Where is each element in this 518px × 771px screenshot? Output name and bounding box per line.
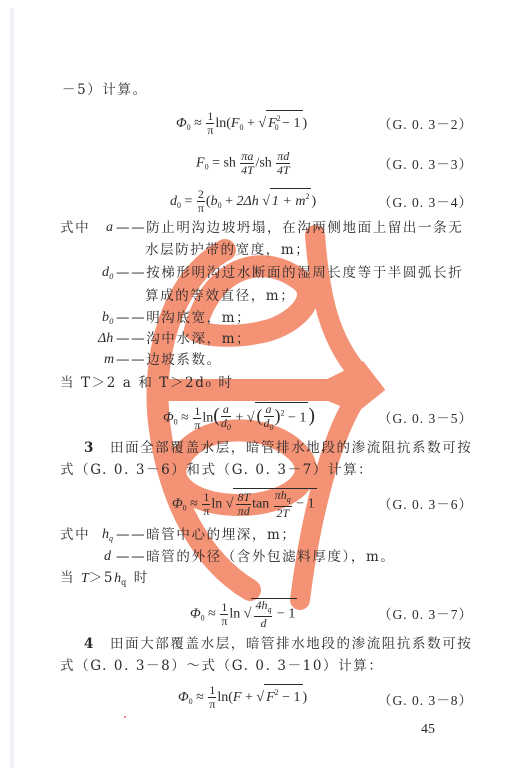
equation-g032: Φ0 ≈ 1πln(F0 + √F20 − 1)	[176, 110, 307, 137]
paragraph-3: 田面全部覆盖水层，暗管排水地段的渗流阻抗系数可按	[110, 440, 472, 456]
definition-m: ——边坡系数。	[116, 352, 222, 368]
where-label-2: 式中	[60, 527, 90, 543]
equation-number: （G. 0. 3－7）	[378, 603, 473, 623]
paragraph-4: 田面大部覆盖水层，暗管排水地段的渗流阻抗系数可按	[110, 636, 472, 652]
equation-g036: Φ0 ≈ 1πln √8Tπdtan πhq2T − 1	[172, 488, 317, 520]
page-number: 45	[421, 722, 435, 738]
equation-number: （G. 0. 3－4）	[378, 191, 473, 211]
definition-delta-h: ——沟中水深，m；	[116, 331, 251, 347]
definition-hq: ——暗管中心的埋深，m；	[116, 527, 297, 543]
equation-number: （G. 0. 3－5）	[378, 407, 473, 427]
document-page: －5）计算。 Φ0 ≈ 1πln(F0 + √F20 − 1) （G. 0. 3…	[0, 0, 518, 771]
definition-a: ——防止明沟边坡坍塌，在沟两侧地面上留出一条无	[116, 220, 463, 236]
equation-g035: Φ0 ≈ 1πln(ad0 + √(ad0)2 − 1)	[163, 402, 315, 434]
symbol-m: m	[104, 352, 114, 368]
where-label: 式中	[60, 220, 90, 236]
symbol-hq: hq	[102, 527, 113, 547]
paragraph-4-cont: 式（G. 0. 3－8）～式（G. 0. 3－10）计算：	[60, 658, 383, 674]
symbol-b0: b₀	[102, 310, 114, 326]
definition-d: ——暗管的外径（含外包滤料厚度），m。	[116, 549, 395, 565]
equation-number: （G. 0. 3－6）	[378, 493, 473, 513]
ink-speck	[124, 716, 126, 718]
definition-d0-cont: 算成的等效直径，m；	[145, 288, 295, 304]
equation-g033: F0 = sh πa4T/sh πd4T	[196, 150, 291, 177]
equation-g034: d0 = 2π(b0 + 2Δh √1 + m2)	[170, 188, 316, 215]
item-number-4: 4	[84, 636, 95, 652]
equation-number: （G. 0. 3－8）	[378, 689, 473, 709]
symbol-a: a	[106, 220, 113, 236]
item-number-3: 3	[84, 440, 95, 456]
page-content: －5）计算。 Φ0 ≈ 1πln(F0 + √F20 − 1) （G. 0. 3…	[0, 0, 518, 771]
symbol-d0: d₀	[102, 265, 114, 281]
symbol-d: d	[104, 549, 111, 565]
definition-d0: ——按梯形明沟过水断面的湿周长度等于半圆弧长折	[116, 265, 463, 281]
equation-number: （G. 0. 3－2）	[378, 113, 473, 133]
condition-1: 当 T＞2 a 和 T＞2d₀ 时	[60, 375, 233, 391]
condition-2: 当 T＞5hq 时	[60, 570, 149, 591]
definition-b0: ——明沟底宽，m；	[116, 310, 251, 326]
equation-g037: Φ0 ≈ 1πln √4hqd − 1	[190, 598, 297, 630]
paragraph-3-cont: 式（G. 0. 3－6）和式（G. 0. 3－7）计算：	[60, 462, 373, 478]
intro-text: －5）计算。	[62, 82, 148, 98]
symbol-delta-h: Δh	[98, 331, 113, 347]
definition-a-cont: 水层防护带的宽度，m；	[145, 242, 310, 258]
equation-number: （G. 0. 3－3）	[378, 153, 473, 173]
equation-g038: Φ0 ≈ 1πln(F + √F2 − 1)	[178, 684, 307, 711]
